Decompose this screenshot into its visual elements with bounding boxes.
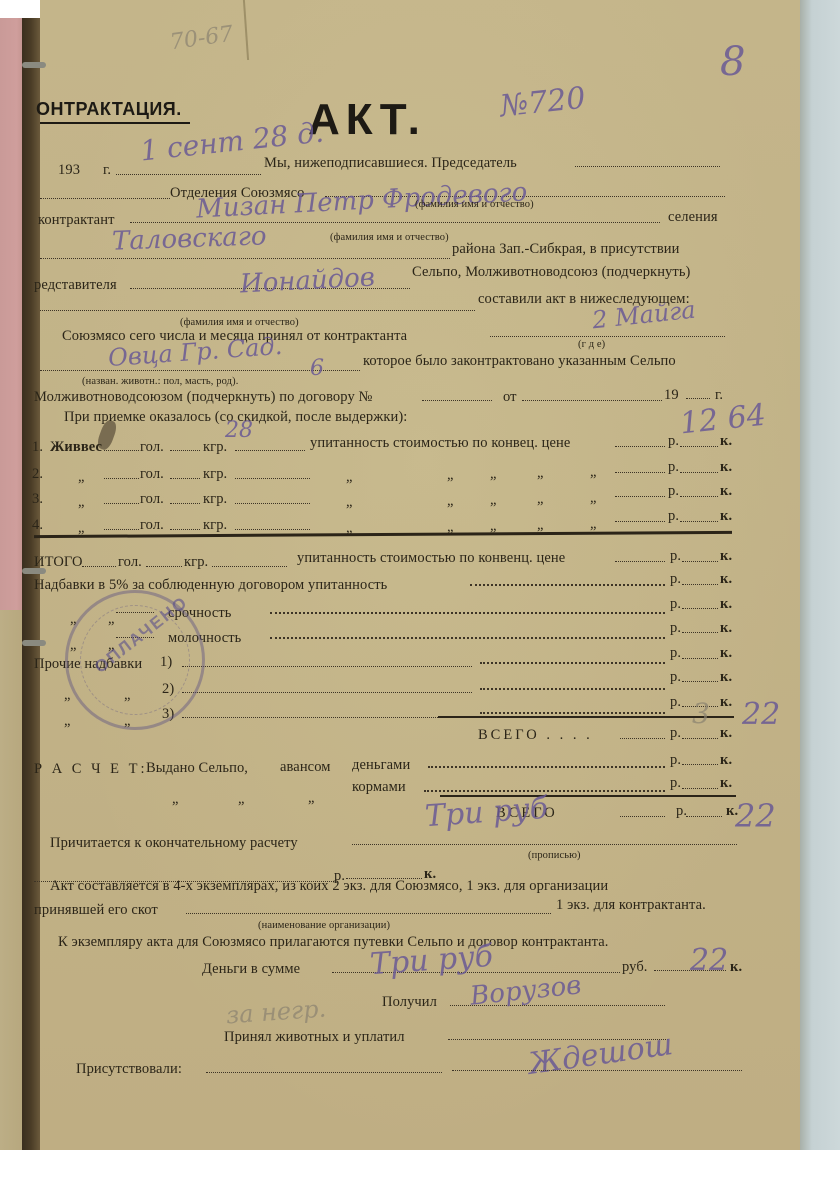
raschet-feed-rub: р. [670, 776, 681, 791]
heads-label: гол. [140, 518, 164, 533]
itogo-kg-field[interactable] [146, 566, 182, 567]
other-surcharge-3-leader [480, 712, 665, 714]
kop-label: к. [720, 434, 732, 449]
ditto-mark: „ [447, 468, 454, 483]
contract-year-field[interactable] [686, 398, 710, 399]
row-label: „ [78, 495, 85, 510]
row-label: Живвес [50, 440, 102, 455]
other-kop-label: к. [720, 646, 732, 661]
ditto-mark: „ [346, 495, 353, 510]
row-label: „ [78, 470, 85, 485]
year-prefix: 193 [58, 163, 80, 178]
heads-field[interactable] [104, 529, 139, 530]
rub-label: р. [668, 460, 679, 475]
surcharge-rub-label: р. [670, 572, 681, 587]
itogo-kop-label: к. [720, 549, 732, 564]
header-underline [40, 122, 190, 124]
accepted-from-line[interactable] [490, 336, 725, 337]
kg-label: кгр. [203, 467, 227, 482]
kop-label: к. [720, 484, 732, 499]
heads-label: гол. [140, 492, 164, 507]
vsego2-words-handwritten: Три руб [424, 794, 549, 833]
surcharge-urgency-leader [270, 612, 665, 614]
other-surcharge-2-field[interactable] [182, 692, 472, 693]
surcharge-kop-field[interactable] [682, 608, 718, 609]
org-caption: (наименование организации) [258, 921, 390, 932]
kop-field[interactable] [680, 472, 718, 473]
rub-label: руб. [622, 960, 648, 975]
vsego-rub-label: р. [670, 726, 681, 741]
staple [22, 62, 46, 68]
ditto-mark: „ [64, 688, 71, 703]
kg-field[interactable] [170, 529, 200, 530]
vsego-kop-handwritten: 22 [742, 700, 780, 730]
rub-label: р. [668, 484, 679, 499]
contractant-label: контрактант [38, 213, 115, 228]
other-kop-field[interactable] [682, 658, 718, 659]
copies-line-2a: принявшей его скот [34, 903, 158, 918]
rub-field[interactable] [615, 446, 665, 447]
scan-bottom-margin [0, 1150, 840, 1184]
surcharge-kop-label: к. [720, 621, 732, 636]
date-field-line[interactable] [116, 174, 261, 175]
in-words-caption: (прописью) [528, 851, 581, 862]
heads-label: гол. [140, 440, 164, 455]
itogo-description: упитанность стоимостью по конвенц. цене [297, 551, 565, 566]
contracted-by-label: которое было законтрактовано указанным С… [363, 354, 676, 369]
contract-year-suffix: г. [715, 388, 723, 403]
kop-label: к. [730, 960, 742, 975]
itogo-kop-field[interactable] [682, 561, 718, 562]
contract-from-label: от [503, 390, 517, 405]
other-rub-label: р. [670, 695, 681, 710]
chairman-field-line[interactable] [575, 166, 720, 167]
surcharge-kop-label: к. [720, 572, 732, 587]
vsego2-rub-field[interactable] [620, 816, 665, 817]
contract-line-label: Молживотноводсоюзом (подчеркнуть) по дог… [34, 390, 372, 405]
vsego2-kop-field[interactable] [686, 816, 722, 817]
fatness-field[interactable] [235, 450, 305, 451]
row-number: 2. [32, 467, 43, 482]
ditto-mark: „ [537, 466, 544, 481]
vsego2-kop-handwritten: 22 [735, 800, 776, 832]
kg-field[interactable] [170, 503, 200, 504]
other-kop-field[interactable] [682, 681, 718, 682]
name-caption-3: (фамилия имя и отчество) [180, 318, 299, 329]
ditto-mark: „ [490, 493, 497, 508]
kg-field[interactable] [170, 450, 200, 451]
binding-spine [22, 0, 40, 1150]
ditto-mark: „ [346, 470, 353, 485]
row-number: 3. [32, 492, 43, 507]
name-caption-1: (фамилия имя и отчество) [415, 200, 534, 211]
heads-field[interactable] [104, 478, 139, 479]
itogo-kg-label: кгр. [184, 555, 208, 570]
fatness-field[interactable] [235, 503, 310, 504]
kg-label: кгр. [203, 440, 227, 455]
heads-field[interactable] [104, 450, 139, 451]
copies-line-1: Акт составляется в 4-х экземплярах, из к… [50, 879, 608, 894]
itogo-label: ИТОГО [34, 555, 83, 570]
ditto-mark: „ [447, 494, 454, 509]
other-surcharge-3-field[interactable] [182, 717, 472, 718]
row-label: „ [78, 521, 85, 536]
itogo-heads-field[interactable] [82, 566, 116, 567]
representative-handwritten: Ионайдов [239, 264, 375, 297]
surcharge-fatness-label: Надбавки в 5% за соблюденную договором у… [34, 578, 387, 593]
receiving-org-field[interactable] [186, 913, 551, 914]
raschet-issued-label: Выдано Сельпо, [146, 761, 248, 776]
year-suffix: г. [103, 163, 111, 178]
kg-label: кгр. [203, 492, 227, 507]
ditto-mark: „ [590, 491, 597, 506]
we-signed-label: Мы, нижеподписавшиеся. Председатель [264, 156, 517, 171]
row1-kg-handwritten: 28 [225, 420, 253, 442]
scan-background-edge [800, 0, 840, 1150]
vsego-kop-label: к. [720, 726, 732, 741]
raschet-feed-kop-field[interactable] [682, 788, 718, 789]
itogo-rub-field[interactable] [615, 561, 665, 562]
raschet-money-kop-field[interactable] [682, 764, 718, 765]
surcharge-kop-field[interactable] [682, 584, 718, 585]
surcharge-fatness-leader [470, 584, 665, 586]
present-label: Присутствовали: [76, 1062, 182, 1077]
raschet-money-kop: к. [720, 753, 732, 768]
ditto-mark: „ [590, 465, 597, 480]
surcharge-milk-leader [270, 637, 665, 639]
final-due-field[interactable] [352, 844, 737, 845]
animal-caption: (назван. животн.: пол, масть, род). [82, 377, 238, 388]
ditto-mark: „ [238, 792, 245, 807]
rub-label: р. [668, 434, 679, 449]
org-options-label: Сельпо, Молживотноводсоюз (подчеркнуть) [412, 265, 691, 280]
final-due-label: Причитается к окончательному расчету [50, 836, 298, 851]
rub-field[interactable] [615, 496, 665, 497]
name-caption-2: (фамилия имя и отчество) [330, 233, 449, 244]
raschet-advance-label: авансом [280, 760, 331, 775]
surcharge-rub-label: р. [670, 621, 681, 636]
row-number: 1. [32, 440, 43, 455]
heads-field[interactable] [104, 503, 139, 504]
ditto-mark: „ [490, 467, 497, 482]
where-caption: (г д е) [578, 340, 605, 351]
ditto-mark: „ [64, 714, 71, 729]
received-label: Получил [382, 995, 437, 1010]
other-surcharge-1-leader [480, 662, 665, 664]
vsego-rub-field[interactable] [620, 738, 665, 739]
compiled-field-line[interactable] [40, 310, 475, 311]
kop-field[interactable] [680, 521, 718, 522]
animal-count-handwritten: 6 [310, 358, 324, 380]
ditto-mark: „ [308, 791, 315, 806]
department-field-line[interactable] [40, 198, 170, 199]
surcharge-kop-label: к. [720, 597, 732, 612]
received-note-pencil: за негр. [225, 997, 327, 1028]
kop-label: к. [720, 509, 732, 524]
ditto-mark: „ [172, 792, 179, 807]
page-title: АКТ. [308, 98, 426, 142]
ditto-mark: „ [537, 518, 544, 533]
itogo-heads-label: гол. [118, 555, 142, 570]
present-field-1[interactable] [206, 1072, 442, 1073]
rub-field[interactable] [615, 521, 665, 522]
row-number: 4. [32, 518, 43, 533]
raschet-feed-label: кормами [352, 780, 406, 795]
surcharge-kop-field[interactable] [682, 632, 718, 633]
kop-field[interactable] [680, 446, 718, 447]
kop-label: к. [720, 460, 732, 475]
subtotal-rule [438, 716, 734, 718]
present-field-2[interactable] [452, 1070, 742, 1071]
village-label: селения [668, 210, 718, 225]
fatness-field[interactable] [235, 529, 310, 530]
surcharge-rub-label: р. [670, 597, 681, 612]
other-rub-label: р. [670, 646, 681, 661]
accepted-paid-label: Принял животных и уплатил [224, 1030, 405, 1045]
torn-corner [0, 0, 40, 18]
vsego-rub-handwritten: 3 [692, 700, 710, 728]
page-number-handwritten: 8 [720, 42, 745, 82]
act-number-handwritten: №720 [499, 84, 587, 123]
raschet-feed-kop: к. [720, 776, 732, 791]
header-contracting: ОНТРАКТАЦИЯ. [36, 100, 182, 118]
raschet-money-field[interactable] [428, 766, 665, 768]
heads-label: гол. [140, 467, 164, 482]
other-rub-label: р. [670, 670, 681, 685]
staple [22, 640, 46, 646]
raschet-label: Р А С Ч Е Т: [34, 762, 148, 777]
raschet-money-label: деньгами [352, 758, 410, 773]
ditto-mark: „ [590, 517, 597, 532]
representative-label: редставителя [34, 278, 117, 293]
contract-year-label: 19 [664, 388, 679, 403]
fatness-field[interactable] [235, 478, 310, 479]
district-field-line[interactable] [40, 258, 450, 259]
money-sum-handwritten: Три руб [369, 942, 494, 981]
attachments-note: К экземпляру акта для Союзмясо прилагают… [58, 935, 609, 950]
rub-label: р. [668, 509, 679, 524]
rub-field[interactable] [615, 472, 665, 473]
vsego-kop-field[interactable] [682, 738, 718, 739]
copies-line-2b: 1 экз. для контрактанта. [556, 898, 706, 913]
money-kop-handwritten: 22 [690, 946, 728, 976]
other-surcharge-1-field[interactable] [182, 666, 472, 667]
raschet-money-rub: р. [670, 753, 681, 768]
kg-label: кгр. [203, 518, 227, 533]
vsego-label: ВСЕГО . . . . [478, 728, 593, 743]
itogo-fatness-field[interactable] [212, 566, 287, 567]
other-kop-label: к. [720, 670, 732, 685]
district-label: района Зап.-Сибкрая, в присутствии [452, 242, 679, 257]
contract-number-field[interactable] [422, 400, 492, 401]
kop-field[interactable] [680, 496, 718, 497]
other-surcharge-2-leader [480, 688, 665, 690]
row-description: упитанность стоимостью по конвец. цене [310, 436, 570, 451]
itogo-rub-label: р. [670, 549, 681, 564]
money-sum-label: Деньги в сумме [202, 962, 300, 977]
other-kop-label: к. [720, 695, 732, 710]
kg-field[interactable] [170, 478, 200, 479]
village-handwritten: Таловскаго [112, 223, 267, 254]
ditto-mark: „ [537, 492, 544, 507]
contract-date-field[interactable] [522, 400, 662, 401]
